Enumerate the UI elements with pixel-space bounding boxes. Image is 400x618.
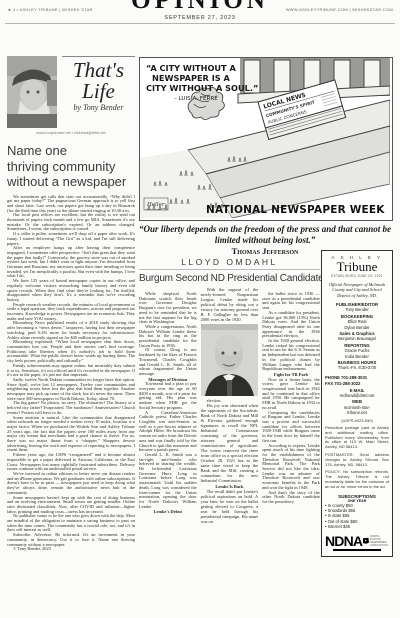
text-line: A Canadian-American Catholic priest, Fat… bbox=[139, 411, 197, 453]
text-line: Gerald L. K. Smith was a far-right anti-… bbox=[139, 453, 197, 509]
ndna-state-icon bbox=[363, 535, 369, 547]
cartoon-quote-line2: NEWSPAPER IS A bbox=[152, 73, 230, 83]
text-line: Now on a firmer basis, the voters gave L… bbox=[262, 378, 320, 411]
text-line: © Tony Bender, 2023 bbox=[7, 547, 135, 552]
text-line: • Internet $45 bbox=[325, 524, 389, 529]
text-line: Some attrition is natural. Like the comm… bbox=[7, 416, 135, 454]
text-line: And that's the story of the other North … bbox=[262, 491, 320, 505]
masthead-policy-text: POLICY: No subscription refunds. The Ash… bbox=[325, 470, 389, 489]
cartoon-quote-attribution: – LUIS A. FERRÉ bbox=[174, 94, 218, 102]
ndna-side-line2: NEWSPAPER ASSOCIATION bbox=[370, 541, 389, 547]
text-line: Some newspapers haven't kept up with the… bbox=[7, 496, 135, 515]
column-title-line2: Life bbox=[62, 81, 135, 102]
text-line: Bloomberg explained, “When local newspap… bbox=[7, 340, 135, 364]
column-header: That's Life by Tony Bender bbox=[7, 56, 135, 128]
text-line: redhead@drtel.net bbox=[325, 393, 389, 398]
masthead-contact-list: PHONE 701-288-3031FAX 701-288-3022E-MAIL… bbox=[325, 375, 389, 415]
text-line: Lemke's Debut bbox=[139, 510, 197, 515]
column-2-bottom: election.His joy was shortened when the … bbox=[201, 398, 259, 524]
ndna-logo: NDNA NORTH DAKOTA NEWSPAPER ASSOCIATION bbox=[325, 534, 389, 548]
text-line: Sadly, twelve North Dakota communities n… bbox=[7, 378, 135, 402]
text-line: According to experts, Lemke spent much o… bbox=[262, 444, 320, 491]
text-line: tribune.net bbox=[325, 410, 389, 415]
editorial-cartoon: LOCAL NEWS COMMUNITY'S SPIRIT PUBLIC CON… bbox=[139, 57, 393, 221]
website-info: WWW.ASHLEYTRIBUNE.COM | WISHEKSTAR.COM bbox=[286, 7, 393, 12]
text-line: We've invested in online editions to bet… bbox=[7, 472, 135, 496]
article-columns: While skeptical North Dakotans scratch t… bbox=[139, 287, 320, 593]
text-line: The recall didn't put Lemke's political … bbox=[201, 489, 259, 524]
text-line: Family achievements may appear online, b… bbox=[7, 364, 135, 378]
text-line: Our local post offices are excellent, bu… bbox=[7, 213, 135, 232]
text-line: India Bender bbox=[325, 354, 389, 359]
text-line: The big game? No photos, no story. The o… bbox=[7, 401, 135, 415]
text-line: In the 1940 general election, Lemke risk… bbox=[262, 339, 320, 372]
text-line: Comparing the candidacies of Burgum and … bbox=[262, 411, 320, 444]
article-column-3: the ballot twice in 1936 — once as a pre… bbox=[262, 292, 320, 593]
masthead-box: A S H L E Y Tribune ESTABLISHED JUNE 19,… bbox=[321, 250, 393, 557]
text-line: Benjamin Braunagel bbox=[325, 336, 389, 341]
spacer bbox=[325, 371, 389, 374]
text-line: Fifteen years ago, the USPS “reorganized… bbox=[7, 453, 135, 472]
text-line: the ballot twice in 1936 — once as a pre… bbox=[262, 292, 320, 311]
ndna-logo-text: NDNA bbox=[325, 534, 362, 548]
column-byline: by Tony Bender bbox=[62, 103, 135, 112]
masthead-usps: (USPS #023-940) bbox=[325, 418, 389, 423]
text-line: PHONE 701-288-3031 bbox=[325, 375, 389, 380]
cartoon-quote-line3: CITY WITHOUT A SOUL.” bbox=[146, 83, 258, 93]
cartoon-drawing: LOCAL NEWS COMMUNITY'S SPIRIT PUBLIC CON… bbox=[140, 58, 390, 218]
author-links: www.tonybender.net • redhead@drtel.net bbox=[7, 131, 135, 135]
omdahl-article: LLOYD OMDAHL Burgum Second ND Presidenti… bbox=[139, 257, 320, 593]
text-line: We have 125 years of bound newspaper cop… bbox=[7, 279, 135, 303]
masthead-postmaster-text: POSTMASTER: Send address changes to: Ash… bbox=[325, 453, 389, 467]
cartoon-caption: NATIONAL NEWSPAPER WEEK bbox=[206, 204, 385, 216]
ndna-association-text: NORTH DAKOTA NEWSPAPER ASSOCIATION bbox=[370, 535, 389, 547]
text-line: Of course, Doug is not burdened by the l… bbox=[139, 348, 197, 376]
text-line: thriving community bbox=[7, 159, 135, 175]
masthead-paper-name: Tribune bbox=[325, 260, 389, 273]
lloyd-omdahl-photo bbox=[201, 324, 258, 396]
text-line: Dylan Bender bbox=[325, 325, 389, 330]
column-2-top: With the support of the newly-formed Non… bbox=[201, 287, 259, 322]
cartoon-quote-line1: “A CITY WITHOUT A bbox=[146, 63, 236, 73]
text-line: While skeptical North Dakotans scratch t… bbox=[139, 292, 197, 325]
text-line: Subscribe. Advertise. Be informed. It's … bbox=[7, 533, 135, 547]
jefferson-quote-text: “Our liberty depends on the freedom of t… bbox=[139, 224, 391, 245]
issue-date: SEPTEMBER 27, 2023 bbox=[0, 15, 400, 21]
text-line: Tony Bender bbox=[325, 307, 389, 312]
text-line: FAX 701-288-3022 bbox=[325, 381, 389, 386]
text-line: His joy was shortened when the opponents… bbox=[201, 403, 259, 483]
text-line: If a caller is polite, sometimes we'll d… bbox=[7, 232, 135, 246]
article-column-1: While skeptical North Dakotans scratch t… bbox=[139, 292, 197, 593]
masthead-postal-text: Periodical postage paid at Ashley and ad… bbox=[325, 426, 389, 450]
tony-bender-photo bbox=[7, 56, 57, 128]
ndna-logo-bar bbox=[333, 549, 381, 551]
header-divider bbox=[5, 23, 395, 24]
text-line: Bloomberg News published results of a 20… bbox=[7, 321, 135, 340]
text-line: No publisher wants to be the one who goe… bbox=[7, 514, 135, 533]
text-line: People research weather records, the min… bbox=[7, 303, 135, 322]
columnist-name: LLOYD OMDAHL bbox=[139, 257, 320, 270]
text-line: We sometimes get calls that start out ac… bbox=[7, 195, 135, 214]
omdahl-headline: Burgum Second ND Presidential Candidate bbox=[139, 273, 320, 284]
article-column-2: With the support of the newly-formed Non… bbox=[201, 287, 259, 593]
thats-life-body: We sometimes get calls that start out ac… bbox=[7, 195, 135, 567]
text-line: Townsend had a plan to pay everyone over… bbox=[139, 382, 197, 410]
thats-life-headline: Name onethriving communitywithout a news… bbox=[7, 143, 135, 190]
text-line: Name one bbox=[7, 143, 135, 159]
text-line: After an employee hangs up after having … bbox=[7, 246, 135, 279]
masthead-official-text: Official Newspaper of McIntosh County an… bbox=[326, 282, 388, 298]
subscriptions-list: • In county $50• Snowbirds $55• In state… bbox=[325, 503, 389, 530]
column-title-line1: That's bbox=[62, 60, 135, 81]
column-title: That's Life by Tony Bender bbox=[62, 56, 135, 128]
text-line: As a candidate for president, Lemke got … bbox=[262, 311, 320, 339]
thats-life-column: That's Life by Tony Bender www.tonybende… bbox=[7, 56, 135, 567]
masthead-staff-list: PUBLISHER/EDITORTony BenderBOOKKEEPINGEl… bbox=[325, 302, 389, 370]
text-line: While a congressman, North Dakota's Will… bbox=[139, 325, 197, 349]
masthead-established: ESTABLISHED JUNE 19, 1901 bbox=[325, 274, 389, 278]
text-line: With the support of the newly-formed Non… bbox=[201, 287, 259, 322]
text-line: without a newspaper bbox=[7, 174, 135, 190]
artist-signature-text: Heller bbox=[146, 202, 165, 208]
